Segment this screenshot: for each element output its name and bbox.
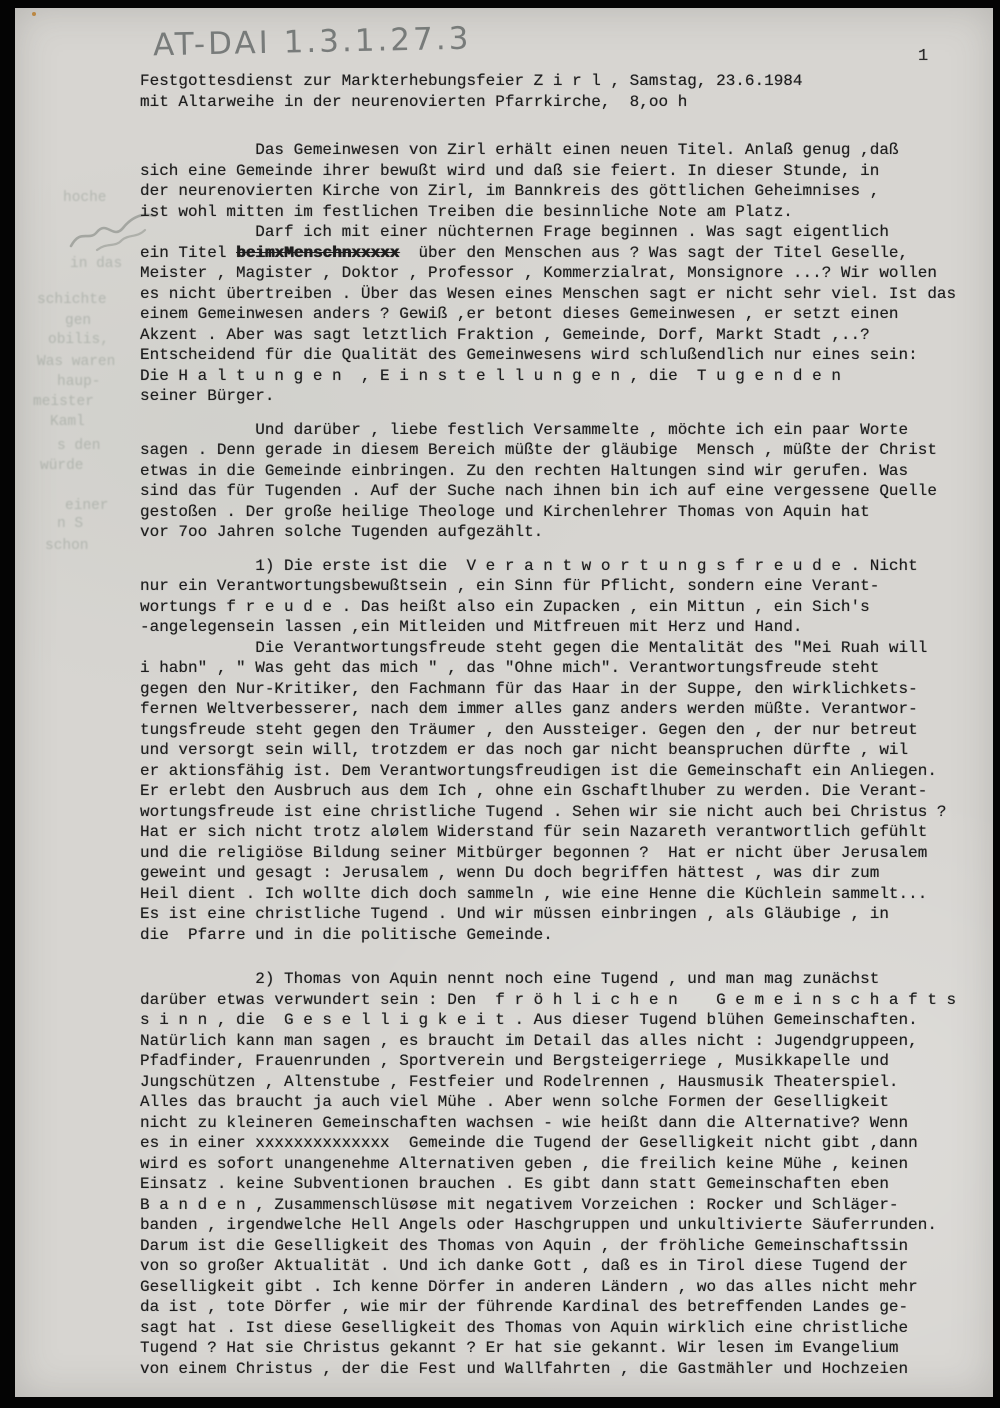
block1-text-post: über den Menschen aus ? Was sagt der Tit…	[140, 244, 956, 406]
bleedthrough-fragment: s den	[57, 438, 101, 454]
paper-sheet: AT-DAI 1.3.1.27.3 1 Festgottesdienst zur…	[15, 8, 993, 1397]
bleedthrough-fragment: meister	[33, 394, 94, 410]
bleedthrough-fragment: haup-	[57, 374, 101, 390]
body-block-1: Das Gemeinwesen von Zirl erhält einen ne…	[140, 140, 1000, 407]
body-block-2: Und darüber , liebe festlich Versammelte…	[140, 420, 1000, 543]
archive-label-handwritten: AT-DAI 1.3.1.27.3	[153, 21, 472, 64]
bleedthrough-fragment: obilis,	[48, 332, 109, 348]
bleedthrough-fragment: würde	[40, 458, 84, 474]
typewriter-strikeout-word: beimxMenschnxxxxx	[236, 244, 399, 262]
paper-speck	[32, 12, 36, 16]
title-line-2: mit Altarweihe in der neurenovierten Pfa…	[140, 93, 687, 111]
body-block-3: 1) Die erste ist die V e r a n t w o r t…	[140, 556, 1000, 946]
document-title: Festgottesdienst zur Markterhebungsfeier…	[140, 71, 1000, 112]
bleedthrough-fragment: n S	[57, 516, 83, 532]
scanned-document-page: { "archive_label": "AT-DAI 1.3.1.27.3", …	[0, 0, 1000, 1408]
bleedthrough-fragment: gen	[65, 313, 91, 329]
bleedthrough-fragment: Kaml	[50, 414, 85, 430]
page-number: 1	[918, 47, 928, 68]
bleedthrough-fragment: in das	[70, 256, 122, 272]
bleedthrough-fragment: Was waren	[37, 354, 115, 370]
body-block-4: 2) Thomas von Aquin nennt noch eine Tuge…	[140, 969, 1000, 1379]
title-line-1: Festgottesdienst zur Markterhebungsfeier…	[140, 72, 803, 90]
bleedthrough-fragment: einer	[65, 498, 109, 514]
bleedthrough-fragment: hoche	[63, 190, 107, 206]
bleedthrough-fragment: schichte	[37, 292, 107, 308]
text-column: Festgottesdienst zur Markterhebungsfeier…	[140, 71, 1000, 1379]
bleedthrough-fragment: schon	[45, 538, 89, 554]
